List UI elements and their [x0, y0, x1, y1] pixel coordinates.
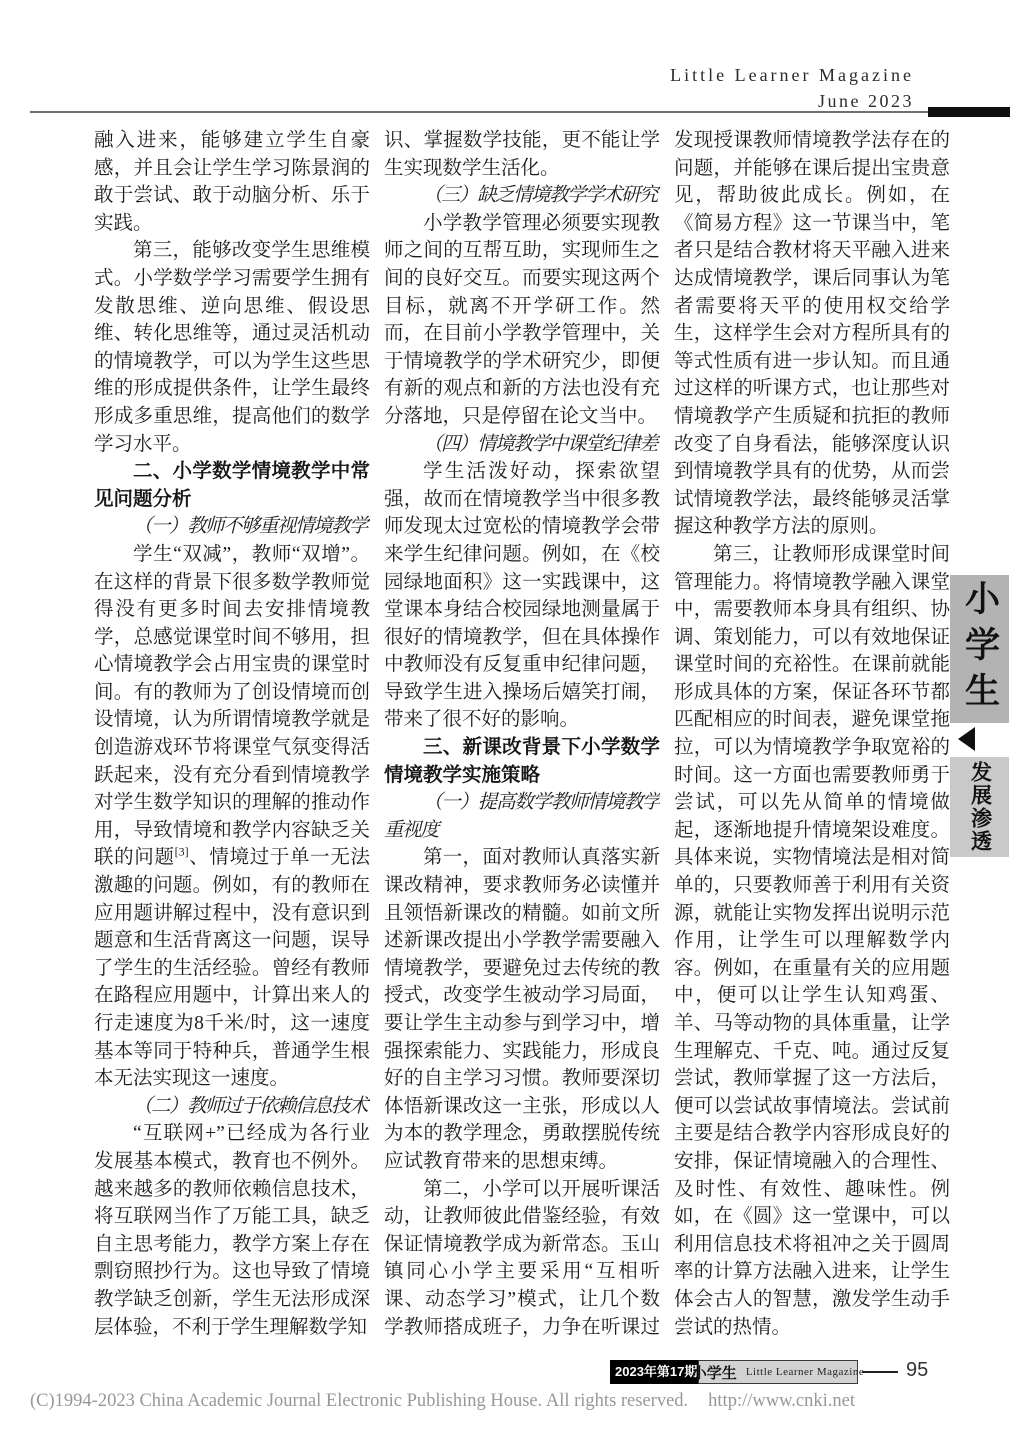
footer-journal-name-en: Little Learner Magazine: [746, 1366, 864, 1378]
sidebar-section-box: 发展渗透: [950, 757, 1009, 857]
section-heading: 三、新课改背景下小学数学情境教学实施策略: [384, 734, 660, 789]
paragraph: 学生活泼好动，探索欲望强，故而在情境教学当中很多教师发现太过宽松的情境教学会带来…: [384, 458, 660, 734]
footer-journal-name-cn: 小学生: [692, 1362, 737, 1383]
sub-heading: （一）教师不够重视情境教学: [94, 513, 370, 541]
text-column-2: 识、掌握数学技能，更不能让学生实现数学生活化。（三）缺乏情境教学学术研究小学教学…: [384, 127, 660, 1343]
header-rule: [30, 111, 1010, 113]
paragraph: 发现授课教师情境教学法存在的问题，并能够在课后提出宝贵意见，帮助彼此成长。例如，…: [674, 127, 950, 541]
page-header: Little Learner Magazine June 2023: [670, 64, 914, 112]
sidebar-section-label: 发展渗透: [965, 761, 995, 853]
sidebar-journal-name-box: 小学生: [950, 575, 1009, 723]
footer-dash-line: [862, 1371, 898, 1373]
header-rule-accent: [928, 107, 1010, 117]
citation-reference: [3]: [175, 845, 189, 859]
sub-heading: （一）提高数学教师情境教学重视度: [384, 789, 660, 844]
sub-heading: （四）情境教学中课堂纪律差: [384, 431, 660, 459]
copyright-line: (C)1994-2023 China Academic Journal Elec…: [30, 1391, 855, 1412]
footer-journal-box: 小学生 Little Learner Magazine: [698, 1360, 858, 1384]
journal-page: Little Learner Magazine June 2023 融入进来，能…: [0, 0, 1024, 1436]
paragraph: 识、掌握数学技能，更不能让学生实现数学生活化。: [384, 127, 660, 182]
text-column-3: 发现授课教师情境教学法存在的问题，并能够在课后提出宝贵意见，帮助彼此成长。例如，…: [674, 127, 950, 1343]
copyright-text: (C)1994-2023 China Academic Journal Elec…: [30, 1391, 688, 1411]
section-heading: 二、小学数学情境教学中常见问题分析: [94, 458, 370, 513]
paragraph: 第三，能够改变学生思维模式。小学数学学习需要学生拥有发散思维、逆向思维、假设思维…: [94, 237, 370, 458]
cnki-url: http://www.cnki.net: [708, 1391, 855, 1411]
issue-date: June 2023: [670, 90, 914, 112]
paragraph: 学生“双减”，教师“双增”。在这样的背景下很多数学教师觉得没有更多时间去安排情境…: [94, 541, 370, 1093]
magazine-title: Little Learner Magazine: [670, 64, 914, 86]
page-number: 95: [906, 1359, 928, 1382]
paragraph: 第二，小学可以开展听课活动，让教师彼此借鉴经验，有效保证情境教学成为新常态。玉山…: [384, 1176, 660, 1343]
paragraph: 第一，面对教师认真落实新课改精神，要求教师务必读懂并且领悟新课改的精髓。如前文所…: [384, 844, 660, 1175]
paragraph: 小学教学管理必须要实现教师之间的互帮互助，实现师生之间的良好交互。而要实现这两个…: [384, 210, 660, 431]
left-triangle-icon: [958, 727, 975, 751]
sidebar-journal-name: 小学生: [955, 580, 1005, 718]
paragraph: “互联网+”已经成为各行业发展基本模式，教育也不例外。越来越多的教师依赖信息技术…: [94, 1120, 370, 1341]
paragraph: 第三，让教师形成课堂时间管理能力。将情境教学融入课堂中，需要教师本身具有组织、协…: [674, 541, 950, 1341]
footer-issue-label: 2023年第17期: [610, 1360, 702, 1384]
sub-heading: （二）教师过于依赖信息技术: [94, 1093, 370, 1121]
text-column-1: 融入进来，能够建立学生自豪感，并且会让学生学习陈景润的敢于尝试、敢于动脑分析、乐…: [94, 127, 370, 1343]
sub-heading: （三）缺乏情境教学学术研究: [384, 182, 660, 210]
paragraph: 融入进来，能够建立学生自豪感，并且会让学生学习陈景润的敢于尝试、敢于动脑分析、乐…: [94, 127, 370, 237]
